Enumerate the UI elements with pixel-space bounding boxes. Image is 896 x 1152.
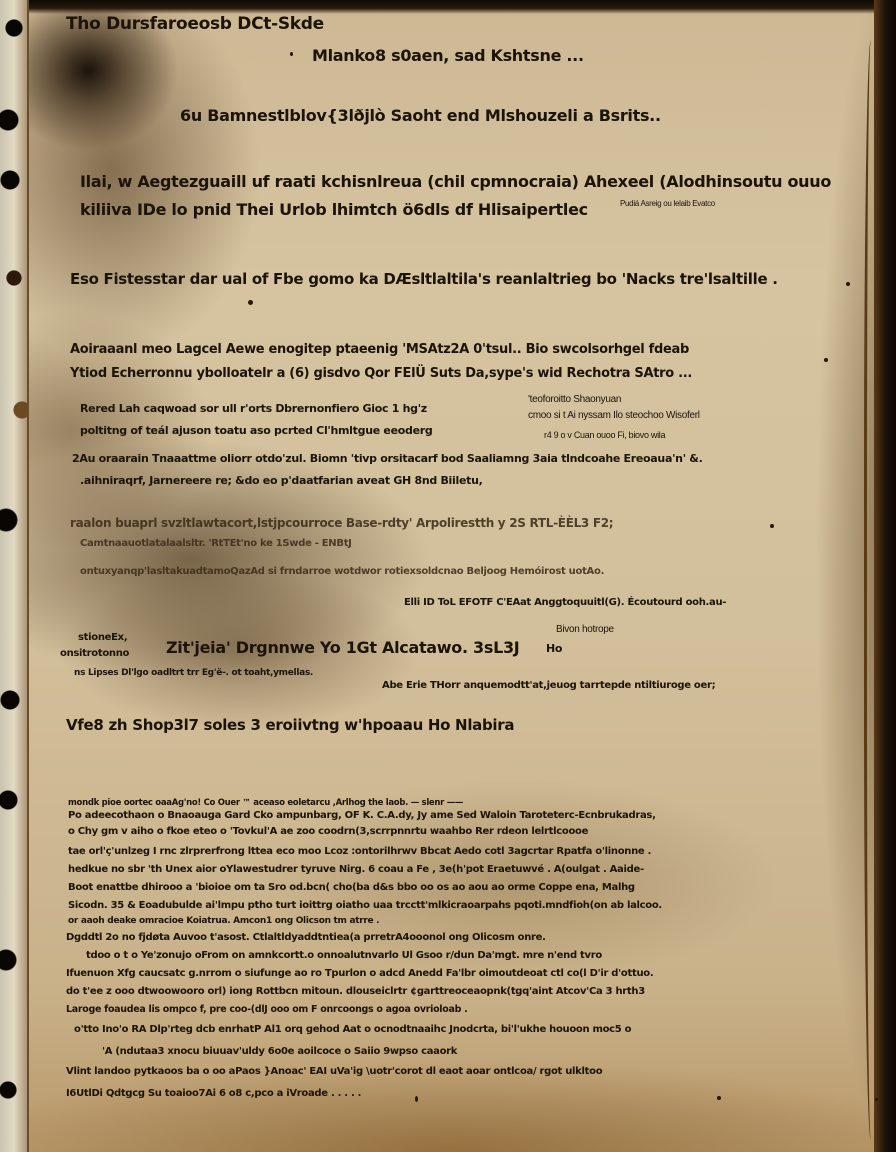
subheading: Vfe8 zh Shop3l7 soles 3 eroiivtng w'hpoa… (66, 716, 514, 734)
paragraph-line: Rered Lah caqwoad sor ull r'orts Dbrerno… (80, 402, 427, 415)
paragraph-line: Aoiraaanl meo Lagcel Aewe enogitep ptaee… (70, 342, 689, 357)
intro-line: kiliiva IDe lo pnid Thei Urlob lhimtch ö… (80, 200, 588, 219)
paragraph-line: .aihniraqrf, Jarnereere re; &do eo p'daa… (80, 474, 483, 487)
document-subtitle: Mlanko8 s0aen, sad Kshtsne ... (312, 46, 584, 65)
body-line: o Chy gm v aiho o fkoe eteo o 'Tovkul'A … (68, 826, 588, 837)
body-line: mondk pioe oortec oaaAg'no! Co Ouer ™ ac… (68, 798, 463, 808)
ink-speck (248, 300, 253, 305)
burned-right-edge (874, 0, 896, 1152)
body-line: o'tto Ino'o RA Dlp'rteg dcb enrhatP Al1 … (74, 1024, 631, 1035)
body-line: do t'ee z ooo dtwoowooro orl) iong Rottb… (66, 986, 645, 997)
margin-note: 'teoforoitto Shaonyuan (528, 394, 621, 405)
paragraph-line: Ho (546, 642, 562, 655)
paragraph-line: onsitrotonno (60, 648, 129, 659)
ink-speck (875, 1098, 878, 1101)
body-line: I6UtlDi Qdtgcg Su toaioo7Ai 6 o8 c,pco a… (66, 1088, 361, 1099)
paragraph-line: ontuxyanqp'lasltakuadtamoQazAd si frndar… (80, 566, 604, 577)
aged-document-page: Tho Dursfaroeosb DCt-Skde Mlanko8 s0aen,… (0, 0, 896, 1152)
body-line: tae orl'ç'unlzeg I rnc zlrprerfrong ltte… (68, 846, 651, 857)
aside-note: Bivon hotrope (556, 624, 614, 635)
paragraph-line: poltitng of teál ajuson toatu aso pcrted… (80, 424, 432, 437)
paragraph-line: Elli ID ToL EFOTF C'EAat Anggtoquuitl(G)… (404, 597, 726, 608)
paragraph-line: 2Au oraarain Tnaaattme oliorr otdo'zul. … (72, 452, 702, 465)
body-line: Sicodn. 35 & Eoadubulde ai'lmpu ptho tur… (68, 900, 662, 911)
intro-note: Pudiá Asreig ou lelaib Evatco (620, 199, 715, 208)
ink-speck (846, 282, 850, 286)
paragraph-line: Ytiod Echerronnu ybolloatelr a (6) gisdv… (70, 366, 692, 381)
body-line: Vlint landoo pytkaoos ba o oo aPaos }Ano… (66, 1066, 602, 1077)
burned-top-edge (0, 0, 896, 14)
emphasized-phrase: Zit'jeia' Drgnnwe Yo 1Gt Alcatawo. 3sL3J (166, 638, 519, 657)
byline: 6u Bamnestlblov{3lðjlò Saoht end Mlshouz… (180, 106, 661, 125)
paragraph-line: stioneEx, (78, 632, 127, 643)
body-line: Dgddtl 2o no fjdøta Auvoo t'asost. Ctlal… (66, 932, 546, 943)
ink-speck (415, 1096, 418, 1102)
paragraph-line: Abe Erie THorr anquemodtt'at,jeuog tarrt… (382, 680, 715, 691)
body-line: hedkue no sbr 'th Unex aior oYlawestudre… (68, 864, 644, 875)
binding-fold-line (27, 0, 29, 1152)
ink-speck (290, 52, 293, 56)
body-line: Boot enattbe dhirooo a 'bioioe om ta Sro… (68, 882, 635, 893)
ink-speck (824, 358, 828, 362)
paragraph-line: raalon buaprl svzltlawtacort,lstjpcourro… (70, 516, 613, 530)
section-heading: Eso Fistesstar dar ual of Fbe gomo ka DÆ… (70, 270, 778, 288)
ink-speck (770, 524, 774, 528)
binding-holes-edge (0, 0, 28, 1152)
body-line: 'A (ndutaa3 xnocu biuuav'uldy 6o0e aoilc… (102, 1046, 457, 1057)
paragraph-line: Camtnaauotlatalaalsltr. 'RtTEt'no ke 1Sw… (80, 538, 352, 549)
intro-line: Ilai, w Aegtezguaill uf raati kchisnlreu… (80, 172, 831, 191)
body-line: tdoo o t o Ye'zonujo oFrom on amnkcortt.… (86, 950, 602, 961)
margin-note: r4 9 o v Cuan ouoo Fi, biovo wila (544, 430, 665, 440)
running-title: Tho Dursfaroeosb DCt-Skde (66, 14, 324, 34)
body-line: Po adeecothaon o Bnaoauga Gard Cko ampun… (68, 810, 656, 821)
paragraph-line: ns Lipses Dl'lgo oadltrt trr Eg'ë-. ot t… (74, 668, 313, 678)
ink-speck (717, 1096, 721, 1100)
body-line: Laroge foaudea lis ompco f, pre coo-(dlJ… (66, 1004, 467, 1015)
margin-note: cmoo si t Ai nyssam Ilo steochoo Wisofer… (528, 410, 700, 421)
body-line: or aaoh deake omracioe Koiatrua. Amcon1 … (68, 916, 379, 926)
body-line: Ifuenuon Xfg caucsatc g.nrrom o siufunge… (66, 968, 653, 979)
